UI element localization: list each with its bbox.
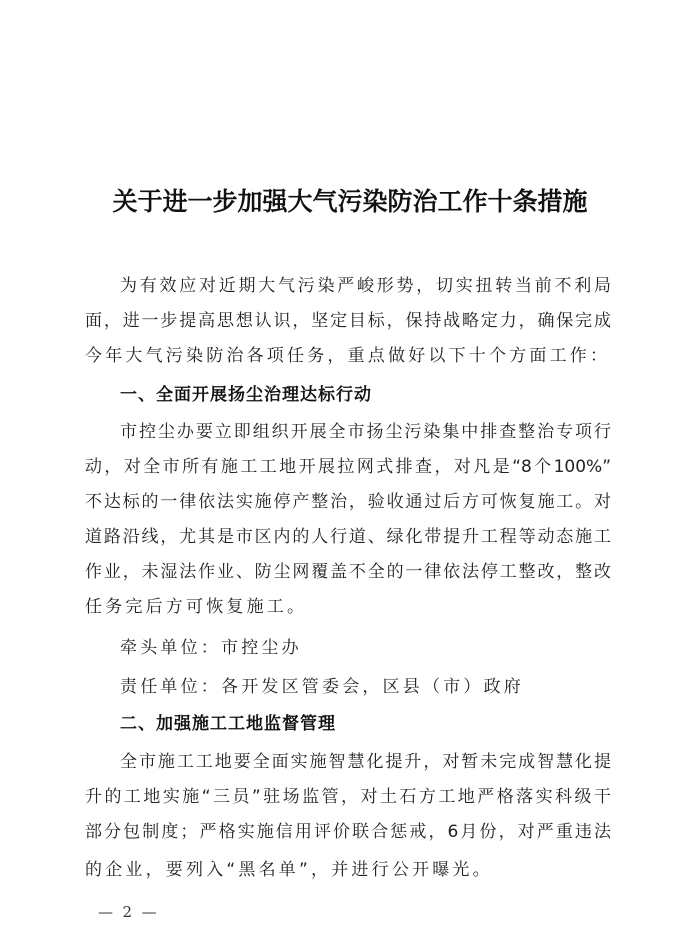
section-1-line-3: 不达标的一律依法实施停产整治，验收通过后方可恢复施工。对 [85, 490, 611, 514]
section-1-line-6: 任务完后方可恢复施工。 [85, 595, 611, 619]
section-1-line-5: 作业，未湿法作业、防尘网覆盖不全的一律依法停工整改，整改 [85, 560, 611, 584]
section-1-lead-unit: 牵头单位：市控尘办 [120, 636, 611, 660]
document-title: 关于进一步加强大气污染防治工作十条措施 [0, 182, 700, 218]
section-1-line-2: 动，对全市所有施工工地开展拉网式排查，对凡是“8个100%” [85, 455, 611, 479]
section-1-line-1: 市控尘办要立即组织开展全市扬尘污染集中排查整治专项行 [120, 420, 611, 444]
section-2-line-1: 全市施工工地要全面实施智慧化提升，对暂未完成智慧化提 [120, 750, 611, 774]
section-2-line-3: 部分包制度；严格实施信用评价联合惩戒，6月份，对严重违法 [85, 820, 611, 844]
intro-line-3: 今年大气污染防治各项任务，重点做好以下十个方面工作： [85, 344, 611, 368]
document-page: 关于进一步加强大气污染防治工作十条措施 为有效应对近期大气污染严峻形势，切实扭转… [0, 0, 700, 934]
section-1-heading: 一、全面开展扬尘治理达标行动 [120, 383, 372, 407]
section-2-line-2: 升的工地实施“三员”驻场监管，对土石方工地严格落实科级干 [85, 785, 611, 809]
section-2-heading: 二、加强施工工地监督管理 [120, 712, 336, 736]
section-1-responsible-unit: 责任单位：各开发区管委会，区县（市）政府 [120, 675, 611, 699]
section-2-line-4: 的企业，要列入“黑名单”，并进行公开曝光。 [85, 858, 611, 882]
section-1-line-4: 道路沿线，尤其是市区内的人行道、绿化带提升工程等动态施工 [85, 525, 611, 549]
intro-line-1: 为有效应对近期大气污染严峻形势，切实扭转当前不利局 [120, 274, 611, 298]
page-number: — 2 — [98, 902, 157, 922]
intro-line-2: 面，进一步提高思想认识，坚定目标，保持战略定力，确保完成 [85, 309, 611, 333]
